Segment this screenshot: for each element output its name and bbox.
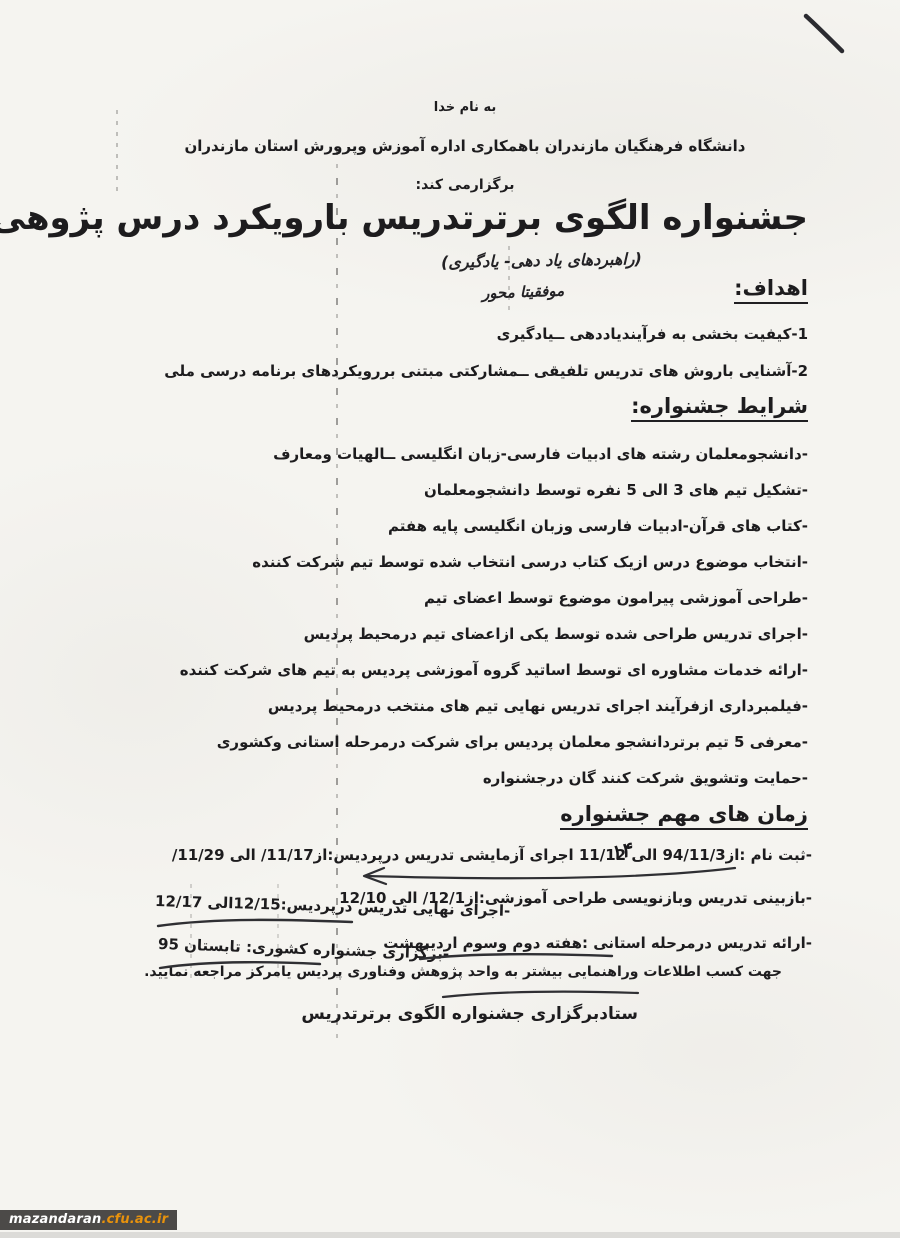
condition-item: -کتاب های قرآن-ادبیات فارسی وزبان انگلیس… [388,517,808,535]
schedule-registration-line: -ثبت نام :از94/11/3 الی 11/12۱۴ اجرای آز… [172,846,812,864]
condition-item: -معرفی 5 تیم برتردانشجو معلمان پردیس برا… [217,733,808,751]
registration-corrected-date: 12۱۴ [605,846,626,864]
goal-item: 2-آشنایی باروش های تدریس تلفیقی ــمشارکت… [164,362,808,380]
bismillah-line: به نام خدا [90,100,840,115]
condition-item: -دانشجومعلمان رشته های ادبیات فارسی-زبان… [273,445,808,463]
scanned-document: به نام خدا دانشگاه فرهنگیان مازندران باه… [0,0,900,1238]
condition-item: -طراحی آموزشی پیرامون موضوع توسط اعضای ت… [424,589,808,607]
condition-item: -فیلمبرداری ازفرآیند اجرای تدریس نهایی ت… [268,697,808,715]
scan-bottom-edge [0,1232,900,1238]
condition-item: -تشکیل تیم های 3 الی 5 نفره توسط دانشجوم… [424,481,808,499]
watermark-site-domain: .cfu.ac.ir [101,1212,168,1227]
handwritten-note-line1: (راهبردهای یاد دهی- یادگیری) [441,249,642,272]
signature-line: ستادبرگزاری جشنواره الگوی برترتدریس [301,1004,638,1024]
handwritten-underline-footer [443,992,638,997]
site-watermark: mazandaran.cfu.ac.ir [0,1210,177,1230]
pen-stroke-mark [806,16,842,51]
conditions-heading: شرایط جشنواره: [631,394,808,422]
condition-item: -اجرای تدریس طراحی شده توسط یکی ازاعضای … [304,625,808,643]
document-title: جشنواره الگوی برترتدریس بارویکرد درس پژو… [0,198,808,238]
condition-item: -انتخاب موضوع درس ازیک کتاب درسی انتخاب … [252,553,808,571]
schedule-heading: زمان های مهم جشنواره [560,802,808,830]
handwritten-date-correction: ۱۴ [607,837,633,865]
watermark-site-name: mazandaran [9,1212,101,1227]
condition-item: -حمایت وتشویق شرکت کنند گان درجشنواره [483,769,808,787]
footer-info-line: جهت کسب اطلاعات وراهنمایی بیشتر به واحد … [144,964,782,980]
goals-heading: اهداف: [734,276,808,304]
handwritten-underline-final-teaching [158,920,352,926]
presents-line: برگزارمی کند: [90,177,840,193]
registration-text-end: اجرای آزمایشی تدریس درپردیس:از11/17/ الی… [172,846,579,864]
goal-item: 1-کیفیت بخشی به فرآیندیاددهی ــیادگیری [497,325,808,343]
handwritten-arrow-shaft [368,868,735,878]
condition-item: -ارائه خدمات مشاوره ای توسط اساتید گروه … [180,661,808,679]
handwritten-note-line2: موفقیتا محور [482,282,565,303]
handwritten-arrow-head [364,868,386,884]
organizer-line: دانشگاه فرهنگیان مازندران باهمکاری اداره… [90,137,840,155]
